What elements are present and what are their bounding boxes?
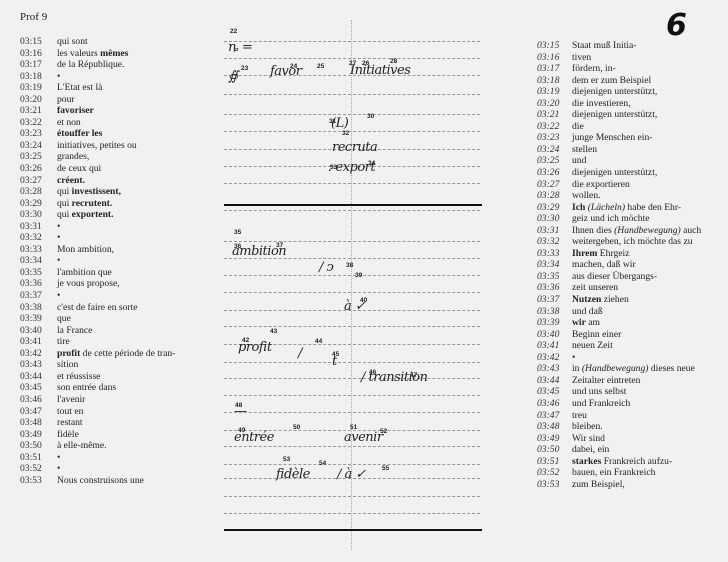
transcript-line: 03:19L'Etat est là (20, 82, 220, 94)
timestamp: 03:36 (20, 278, 57, 290)
transcript-line: 03:26diejenigen unterstützt, (537, 167, 727, 179)
line-text: créent. (57, 175, 85, 187)
timestamp: 03:42 (537, 352, 572, 364)
line-text: diejenigen unterstützt, (572, 86, 657, 98)
transcript-line: 03:51starkes Frankreich aufzu- (537, 456, 727, 468)
timestamp: 03:21 (537, 109, 572, 121)
german-interpretation: 03:15Staat muß Initia-03:16tiven03:17för… (537, 40, 727, 490)
handwritten-note: t (332, 354, 337, 369)
transcript-line: 03:17de la République. (20, 59, 220, 71)
transcript-line: 03:17fördern, in- (537, 63, 727, 75)
transcript-line: 03:21diejenigen unterstützt, (537, 109, 727, 121)
line-text: à elle-même. (57, 440, 107, 452)
timestamp: 03:28 (20, 186, 57, 198)
line-text: dabei, ein (572, 444, 609, 456)
transcript-line: 03:16tiven (537, 52, 727, 64)
handwritten-note: ∯ (228, 69, 238, 84)
timestamp: 03:34 (537, 259, 572, 271)
timestamp: 03:52 (537, 467, 572, 479)
timestamp: 03:41 (537, 340, 572, 352)
line-text: étouffer les (57, 128, 102, 140)
transcript-line: 03:19diejenigen unterstützt, (537, 86, 727, 98)
transcript-line: 03:31Ihnen dies (Handbewegung) auch (537, 225, 727, 237)
timestamp: 03:25 (20, 151, 57, 163)
handwritten-note: à ✓ (344, 299, 365, 314)
note-marker: 44 (315, 338, 322, 345)
transcript-line: 03:30geiz und ich möchte (537, 213, 727, 225)
note-rule (224, 41, 480, 42)
line-text: stellen (572, 144, 597, 156)
line-text: L'Etat est là (57, 82, 102, 94)
handwritten-note: recruta (332, 140, 377, 155)
handwritten-note: / ↄ (319, 260, 333, 275)
transcript-line: 03:39wir am (537, 317, 727, 329)
timestamp: 03:18 (20, 71, 57, 83)
timestamp: 03:27 (20, 175, 57, 187)
timestamp: 03:23 (537, 132, 572, 144)
line-text: diejenigen unterstützt, (572, 167, 657, 179)
note-rule (224, 183, 480, 184)
line-text: weitergeben, ich möchte das zu (572, 236, 693, 248)
transcript-line: 03:29Ich (Lächeln) habe den Ehr- (537, 202, 727, 214)
line-text: grandes, (57, 151, 89, 163)
note-rule (224, 241, 480, 242)
timestamp: 03:42 (20, 348, 57, 360)
line-text: • (57, 221, 60, 233)
transcript-line: 03:38und daß (537, 306, 727, 318)
timestamp: 03:43 (20, 359, 57, 371)
note-rule (224, 378, 480, 379)
line-text: zeit unseren (572, 282, 618, 294)
line-text: restant (57, 417, 83, 429)
line-text: de ceux qui (57, 163, 101, 175)
note-rule (224, 513, 480, 514)
timestamp: 03:48 (537, 421, 572, 433)
line-text: qui sont (57, 36, 88, 48)
line-text: aus dieser Übergangs- (572, 271, 657, 283)
note-marker: 23 (241, 65, 248, 72)
transcript-line: 03:45und uns selbst (537, 386, 727, 398)
transcript-line: 03:22et non (20, 117, 220, 129)
line-text: wollen. (572, 190, 601, 202)
line-text: • (57, 463, 60, 475)
timestamp: 03:50 (537, 444, 572, 456)
timestamp: 03:52 (20, 463, 57, 475)
timestamp: 03:15 (20, 36, 57, 48)
line-text: • (57, 71, 60, 83)
handwritten-note: profit (238, 340, 272, 355)
line-text: tiven (572, 52, 591, 64)
timestamp: 03:43 (537, 363, 572, 375)
transcript-line: 03:31• (20, 221, 220, 233)
timestamp: 03:41 (20, 336, 57, 348)
line-text: c'est de faire en sorte (57, 302, 138, 314)
transcript-line: 03:18• (20, 71, 220, 83)
line-text: Mon ambition, (57, 244, 114, 256)
transcript-line: 03:28wollen. (537, 190, 727, 202)
timestamp: 03:20 (537, 98, 572, 110)
line-text: und (572, 155, 586, 167)
timestamp: 03:47 (537, 410, 572, 422)
line-text: les valeurs mêmes (57, 48, 128, 60)
transcript-line: 03:27die exportieren (537, 179, 727, 191)
timestamp: 03:33 (20, 244, 57, 256)
timestamp: 03:47 (20, 406, 57, 418)
line-text: initiatives, petites ou (57, 140, 137, 152)
line-text: sition (57, 359, 78, 371)
transcript-line: 03:22die (537, 121, 727, 133)
line-text: de la République. (57, 59, 124, 71)
timestamp: 03:33 (537, 248, 572, 260)
transcript-line: 03:39que (20, 313, 220, 325)
transcript-line: 03:37Nutzen ziehen (537, 294, 727, 306)
transcript-line: 03:44et réussisse (20, 371, 220, 383)
line-text: l'ambition que (57, 267, 112, 279)
transcript-line: 03:29qui recrutent. (20, 198, 220, 210)
timestamp: 03:50 (20, 440, 57, 452)
transcript-line: 03:43in (Handbewegung) dieses neue (537, 363, 727, 375)
transcript-line: 03:20pour (20, 94, 220, 106)
timestamp: 03:18 (537, 75, 572, 87)
timestamp: 03:45 (20, 382, 57, 394)
line-text: son entrée dans (57, 382, 116, 394)
line-text: qui exportent. (57, 209, 114, 221)
line-text: die investieren, (572, 98, 631, 110)
handwritten-note: avenir (344, 430, 383, 445)
line-text: l'avenir (57, 394, 85, 406)
handwritten-note: fidèle (276, 467, 310, 482)
timestamp: 03:17 (20, 59, 57, 71)
line-text: Ihnen dies (Handbewegung) auch (572, 225, 701, 237)
line-text: fördern, in- (572, 63, 616, 75)
transcript-line: 03:24stellen (537, 144, 727, 156)
transcript-line: 03:36je vous propose, (20, 278, 220, 290)
line-text: Zeitalter eintreten (572, 375, 640, 387)
timestamp: 03:31 (20, 221, 57, 233)
line-text: Ich (Lächeln) habe den Ehr- (572, 202, 681, 214)
line-text: qui investissent, (57, 186, 121, 198)
line-text: • (572, 352, 575, 364)
transcript-line: 03:53zum Beispiel, (537, 479, 727, 491)
note-rule (224, 275, 480, 276)
transcript-line: 03:15qui sont (20, 36, 220, 48)
transcript-line: 03:33Mon ambition, (20, 244, 220, 256)
transcript-line: 03:21favoriser (20, 105, 220, 117)
transcript-line: 03:16les valeurs mêmes (20, 48, 220, 60)
transcript-line: 03:25und (537, 155, 727, 167)
transcript-line: 03:26de ceux qui (20, 163, 220, 175)
timestamp: 03:22 (537, 121, 572, 133)
page-label: Prof 9 (20, 11, 47, 23)
note-rule (224, 114, 480, 115)
note-marker: 39 (355, 272, 362, 279)
timestamp: 03:37 (537, 294, 572, 306)
note-rule (224, 464, 480, 465)
transcript-line: 03:42profit de cette période de tran- (20, 348, 220, 360)
note-marker: 38 (346, 262, 353, 269)
transcript-line: 03:53Nous construisons une (20, 475, 220, 487)
timestamp: 03:26 (537, 167, 572, 179)
transcript-line: 03:20die investieren, (537, 98, 727, 110)
line-text: bleiben. (572, 421, 603, 433)
handwritten-note: / transition (361, 370, 427, 385)
note-marker: 50 (293, 424, 300, 431)
transcript-line: 03:46und Frankreich (537, 398, 727, 410)
line-text: profit de cette période de tran- (57, 348, 175, 360)
timestamp: 03:19 (20, 82, 57, 94)
line-text: junge Menschen ein- (572, 132, 652, 144)
timestamp: 03:15 (537, 40, 572, 52)
note-marker: 32 (342, 130, 349, 137)
timestamp: 03:34 (20, 255, 57, 267)
note-marker: 25 (317, 63, 324, 70)
note-marker: 22 (230, 28, 237, 35)
transcript-line: 03:41neuen Zeit (537, 340, 727, 352)
timestamp: 03:21 (20, 105, 57, 117)
timestamp: 03:19 (537, 86, 572, 98)
timestamp: 03:27 (537, 179, 572, 191)
transcript-line: 03:33Ihrem Ehrgeiz (537, 248, 727, 260)
timestamp: 03:51 (20, 452, 57, 464)
line-text: favoriser (57, 105, 94, 117)
timestamp: 03:25 (537, 155, 572, 167)
timestamp: 03:40 (20, 325, 57, 337)
line-text: tire (57, 336, 70, 348)
timestamp: 03:37 (20, 290, 57, 302)
timestamp: 03:30 (537, 213, 572, 225)
transcript-line: 03:42• (537, 352, 727, 364)
line-text: treu (572, 410, 587, 422)
note-rule (224, 210, 480, 211)
timestamp: 03:23 (20, 128, 57, 140)
timestamp: 03:31 (537, 225, 572, 237)
line-text: Nous construisons une (57, 475, 144, 487)
timestamp: 03:49 (20, 429, 57, 441)
line-text: la France (57, 325, 92, 337)
timestamp: 03:26 (20, 163, 57, 175)
line-text: die (572, 121, 584, 133)
transcript-line: 03:41tire (20, 336, 220, 348)
note-marker: 35 (234, 229, 241, 236)
line-text: fidèle (57, 429, 79, 441)
timestamp: 03:36 (537, 282, 572, 294)
timestamp: 03:39 (537, 317, 572, 329)
note-rule (224, 362, 480, 363)
timestamp: 03:38 (20, 302, 57, 314)
transcript-line: 03:35aus dieser Übergangs- (537, 271, 727, 283)
timestamp: 03:17 (537, 63, 572, 75)
note-rule (224, 58, 480, 59)
line-text: pour (57, 94, 75, 106)
transcript-line: 03:34• (20, 255, 220, 267)
handwritten-note: ambition (232, 244, 286, 259)
transcript-line: 03:23junge Menschen ein- (537, 132, 727, 144)
note-rule (224, 94, 480, 95)
transcript-line: 03:51• (20, 452, 220, 464)
note-rule (224, 395, 480, 396)
transcript-line: 03:32weitergeben, ich möchte das zu (537, 236, 727, 248)
line-text: diejenigen unterstützt, (572, 109, 657, 121)
transcript-line: 03:18dem er zum Beispiel (537, 75, 727, 87)
line-text: • (57, 232, 60, 244)
interpreter-notes: 6 22232425272628303132333435363738394043… (214, 0, 480, 562)
line-text: und daß (572, 306, 603, 318)
transcript-line: 03:49Wir sind (537, 433, 727, 445)
note-rule (224, 446, 480, 447)
line-text: zum Beispiel, (572, 479, 625, 491)
line-text: dem er zum Beispiel (572, 75, 651, 87)
handwritten-note: favor (270, 64, 301, 79)
note-marker: 55 (382, 465, 389, 472)
line-text: neuen Zeit (572, 340, 613, 352)
note-rule (224, 292, 480, 293)
line-text: Nutzen ziehen (572, 294, 629, 306)
timestamp: 03:32 (537, 236, 572, 248)
transcript-line: 03:48restant (20, 417, 220, 429)
line-text: machen, daß wir (572, 259, 636, 271)
note-rule (224, 412, 480, 413)
transcript-line: 03:48bleiben. (537, 421, 727, 433)
line-text: et non (57, 117, 81, 129)
transcript-line: 03:45son entrée dans (20, 382, 220, 394)
timestamp: 03:38 (537, 306, 572, 318)
note-rule (224, 326, 480, 327)
line-text: Ihrem Ehrgeiz (572, 248, 629, 260)
line-text: geiz und ich möchte (572, 213, 650, 225)
handwritten-note: (L) (331, 116, 348, 131)
handwritten-note: Initiatives (350, 63, 410, 78)
line-text: in (Handbewegung) dieses neue (572, 363, 695, 375)
timestamp: 03:24 (20, 140, 57, 152)
timestamp: 03:24 (537, 144, 572, 156)
transcript-line: 03:15Staat muß Initia- (537, 40, 727, 52)
transcript-line: 03:35l'ambition que (20, 267, 220, 279)
timestamp: 03:29 (20, 198, 57, 210)
transcript-line: 03:30qui exportent. (20, 209, 220, 221)
line-text: bauen, ein Frankreich (572, 467, 655, 479)
timestamp: 03:49 (537, 433, 572, 445)
transcript-line: 03:49fidèle (20, 429, 220, 441)
line-text: je vous propose, (57, 278, 120, 290)
note-marker: 30 (367, 113, 374, 120)
timestamp: 03:29 (537, 202, 572, 214)
transcript-line: 03:50dabei, ein (537, 444, 727, 456)
transcript-line: 03:43sition (20, 359, 220, 371)
timestamp: 03:51 (537, 456, 572, 468)
handwritten-note: / (298, 346, 302, 361)
handwritten-note: — (234, 404, 247, 419)
handwritten-note: entrée (234, 430, 274, 445)
section-divider (224, 204, 482, 206)
note-marker: 43 (270, 328, 277, 335)
transcript-line: 03:36zeit unseren (537, 282, 727, 294)
timestamp: 03:16 (20, 48, 57, 60)
timestamp: 03:46 (537, 398, 572, 410)
transcript-line: 03:50à elle-même. (20, 440, 220, 452)
transcript-line: 03:27créent. (20, 175, 220, 187)
line-text: et réussisse (57, 371, 100, 383)
transcript-line: 03:47treu (537, 410, 727, 422)
transcript-line: 03:44Zeitalter eintreten (537, 375, 727, 387)
line-text: Staat muß Initia- (572, 40, 636, 52)
timestamp: 03:28 (537, 190, 572, 202)
transcript-line: 03:28qui investissent, (20, 186, 220, 198)
note-rule (224, 131, 480, 132)
transcript-line: 03:34machen, daß wir (537, 259, 727, 271)
section-divider (224, 529, 482, 531)
timestamp: 03:35 (537, 271, 572, 283)
timestamp: 03:53 (20, 475, 57, 487)
transcript-line: 03:46l'avenir (20, 394, 220, 406)
timestamp: 03:44 (20, 371, 57, 383)
handwritten-note: : export (328, 160, 375, 175)
line-text: und uns selbst (572, 386, 626, 398)
line-text: • (57, 255, 60, 267)
timestamp: 03:20 (20, 94, 57, 106)
line-text: wir am (572, 317, 600, 329)
note-rule (224, 496, 480, 497)
line-text: • (57, 452, 60, 464)
timestamp: 03:35 (20, 267, 57, 279)
transcript-line: 03:38c'est de faire en sorte (20, 302, 220, 314)
transcript-line: 03:23étouffer les (20, 128, 220, 140)
transcript-line: 03:47tout en (20, 406, 220, 418)
note-marker: 53 (283, 456, 290, 463)
transcript-line: 03:52bauen, ein Frankreich (537, 467, 727, 479)
line-text: die exportieren (572, 179, 630, 191)
timestamp: 03:16 (537, 52, 572, 64)
line-text: • (57, 290, 60, 302)
line-text: starkes Frankreich aufzu- (572, 456, 672, 468)
timestamp: 03:40 (537, 329, 572, 341)
page-number: 6 (666, 8, 687, 43)
note-marker: 54 (319, 460, 326, 467)
line-text: Beginn einer (572, 329, 621, 341)
timestamp: 03:30 (20, 209, 57, 221)
timestamp: 03:53 (537, 479, 572, 491)
line-text: Wir sind (572, 433, 605, 445)
handwritten-note: ȵ = (228, 40, 252, 55)
transcript-line: 03:37• (20, 290, 220, 302)
transcript-line: 03:25grandes, (20, 151, 220, 163)
transcript-line: 03:52• (20, 463, 220, 475)
timestamp: 03:45 (537, 386, 572, 398)
french-transcript: 03:15qui sont03:16les valeurs mêmes03:17… (20, 36, 220, 486)
timestamp: 03:48 (20, 417, 57, 429)
line-text: qui recrutent. (57, 198, 112, 210)
line-text: und Frankreich (572, 398, 630, 410)
line-text: tout en (57, 406, 83, 418)
timestamp: 03:32 (20, 232, 57, 244)
transcript-line: 03:40Beginn einer (537, 329, 727, 341)
transcript-line: 03:40la France (20, 325, 220, 337)
timestamp: 03:46 (20, 394, 57, 406)
line-text: que (57, 313, 71, 325)
handwritten-note: / à ✓ (337, 467, 366, 482)
timestamp: 03:22 (20, 117, 57, 129)
timestamp: 03:44 (537, 375, 572, 387)
timestamp: 03:39 (20, 313, 57, 325)
transcript-line: 03:32• (20, 232, 220, 244)
transcript-line: 03:24initiatives, petites ou (20, 140, 220, 152)
